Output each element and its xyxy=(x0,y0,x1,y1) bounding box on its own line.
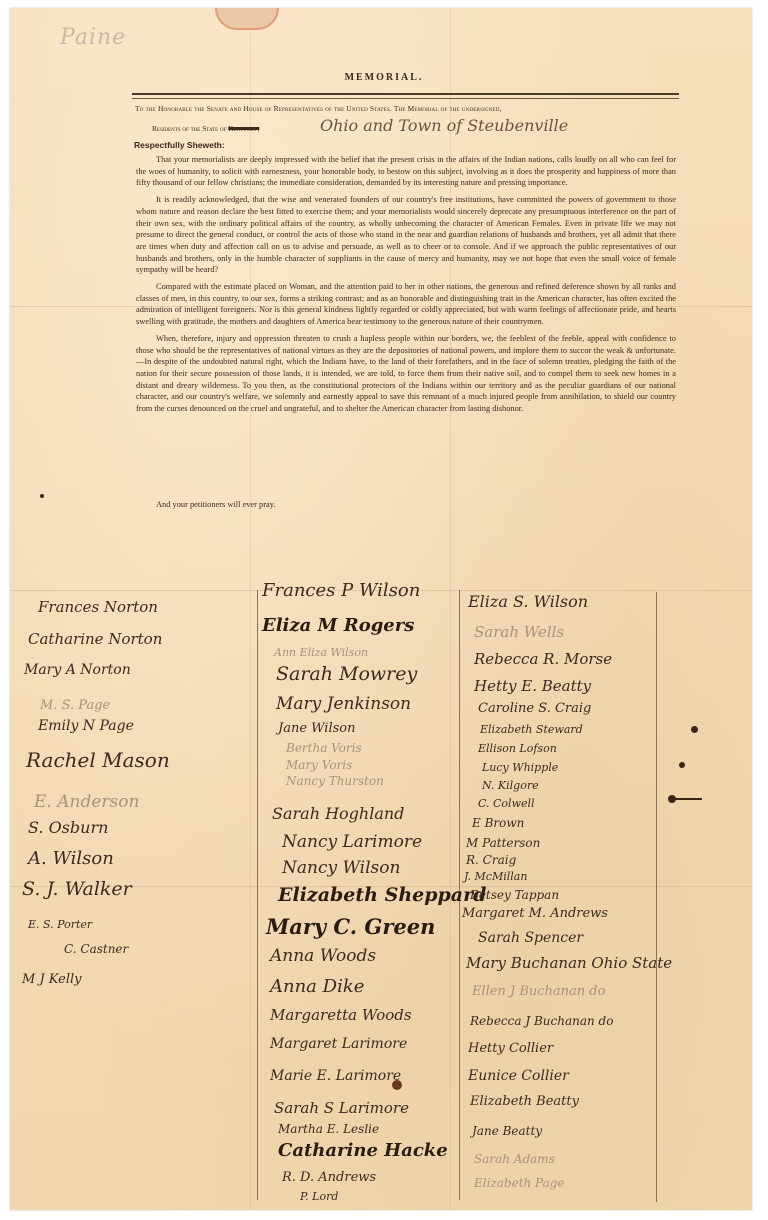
handwritten-residence: Ohio and Town of Steubenville xyxy=(320,116,568,135)
signature: Margaretta Woods xyxy=(270,1006,412,1024)
ink-stroke xyxy=(674,798,702,800)
signature: Jane Beatty xyxy=(472,1124,542,1138)
signature: Margaret Larimore xyxy=(270,1036,407,1052)
signature: Marie E. Larimore xyxy=(270,1068,401,1084)
signature: Elizabeth Beatty xyxy=(470,1094,579,1109)
signature: Sarah Adams xyxy=(474,1152,555,1166)
signature: Rachel Mason xyxy=(26,748,170,772)
signature: Sarah Mowrey xyxy=(276,663,417,685)
paragraph: Compared with the estimate placed on Wom… xyxy=(136,281,676,328)
wax-seal-remnant xyxy=(215,8,279,30)
residents-prefix: Residents of the State of xyxy=(152,124,226,133)
signature: Mary A Norton xyxy=(24,662,131,678)
signature: Elizabeth Sheppard xyxy=(278,884,486,906)
address-line: To the Honorable the Senate and House of… xyxy=(135,104,680,113)
signature: E. Anderson xyxy=(34,792,139,812)
signature: Rebecca J Buchanan do xyxy=(470,1014,613,1028)
residents-line: Residents of the State of Kentucky, xyxy=(152,124,259,133)
pencil-annotation: Paine xyxy=(60,25,126,50)
signature: Eliza S. Wilson xyxy=(468,592,588,611)
signature: S. Osburn xyxy=(28,818,108,837)
signature: Martha E. Leslie xyxy=(278,1122,379,1136)
signature: Anna Dike xyxy=(270,976,364,997)
signature: C. Colwell xyxy=(478,797,535,810)
signature: Hetty Collier xyxy=(468,1041,553,1056)
signature: M. S. Page xyxy=(40,698,110,713)
ink-blot xyxy=(679,762,685,768)
signature: Mary Voris xyxy=(286,758,352,772)
signature: A. Wilson xyxy=(28,848,114,869)
paragraph: That your memorialists are deeply impres… xyxy=(136,154,676,189)
signature: Frances P Wilson xyxy=(262,580,420,601)
signature: R. D. Andrews xyxy=(282,1170,376,1185)
signature: Caroline S. Craig xyxy=(478,701,591,716)
signature: Lucy Whipple xyxy=(482,761,558,774)
signature: Frances Norton xyxy=(38,598,158,616)
signature: Sarah S Larimore xyxy=(274,1099,409,1117)
column-rule xyxy=(656,592,657,1202)
signature: Mary C. Green xyxy=(266,914,435,939)
signature: Nancy Wilson xyxy=(282,858,400,878)
ink-blot xyxy=(691,726,698,733)
signature: Catharine Norton xyxy=(28,630,162,648)
signature: Elizabeth Steward xyxy=(480,723,583,736)
signature: Hetty E. Beatty xyxy=(474,677,591,695)
signature: Eliza M Rogers xyxy=(262,615,414,636)
signature: Mary Buchanan Ohio State xyxy=(466,954,672,972)
signature: Anna Woods xyxy=(270,946,376,966)
paragraph: When, therefore, injury and oppression t… xyxy=(136,333,676,415)
signature: Nancy Thurston xyxy=(286,774,384,788)
signature: R. Craig xyxy=(466,853,516,867)
signature: Rebecca R. Morse xyxy=(474,650,612,668)
signature: E. S. Porter xyxy=(28,918,92,931)
signature: Ann Eliza Wilson xyxy=(274,646,368,659)
signature: Sarah Wells xyxy=(474,623,564,641)
paragraph: It is readily acknowledged, that the wis… xyxy=(136,194,676,276)
title-rule xyxy=(132,93,679,99)
signature: Sarah Hoghland xyxy=(272,804,404,823)
signature: Nancy Larimore xyxy=(282,832,422,852)
signature: Elizabeth Page xyxy=(474,1176,565,1190)
signature: Ellison Lofson xyxy=(478,742,557,755)
document-title: MEMORIAL. xyxy=(0,72,768,83)
signature: Sarah Spencer xyxy=(478,930,583,946)
signature: N. Kilgore xyxy=(482,779,539,792)
signature: M J Kelly xyxy=(22,972,82,987)
column-rule xyxy=(257,590,258,1200)
signature: Margaret M. Andrews xyxy=(462,906,608,921)
ink-blot xyxy=(40,494,44,498)
struck-state: Kentucky, xyxy=(228,124,259,133)
signature: Betsey Tappan xyxy=(470,888,559,902)
signature: Ellen J Buchanan do xyxy=(472,984,605,999)
closing-line: And your petitioners will ever pray. xyxy=(156,500,275,509)
signature: C. Castner xyxy=(64,942,128,956)
signature: E Brown xyxy=(472,816,524,830)
memorial-body: That your memorialists are deeply impres… xyxy=(136,154,676,420)
signature: Jane Wilson xyxy=(278,721,355,736)
signature: M Patterson xyxy=(466,836,540,850)
signature: Bertha Voris xyxy=(286,741,362,755)
salutation: Respectfully Sheweth: xyxy=(134,140,225,150)
signature: J. McMillan xyxy=(464,870,527,883)
signature: Eunice Collier xyxy=(468,1068,569,1084)
signature: Emily N Page xyxy=(38,718,134,734)
signature: Mary Jenkinson xyxy=(276,694,411,714)
signature: P. Lord xyxy=(300,1190,338,1203)
signature: S. J. Walker xyxy=(22,878,132,900)
signature: Catharine Hacke xyxy=(278,1140,448,1161)
